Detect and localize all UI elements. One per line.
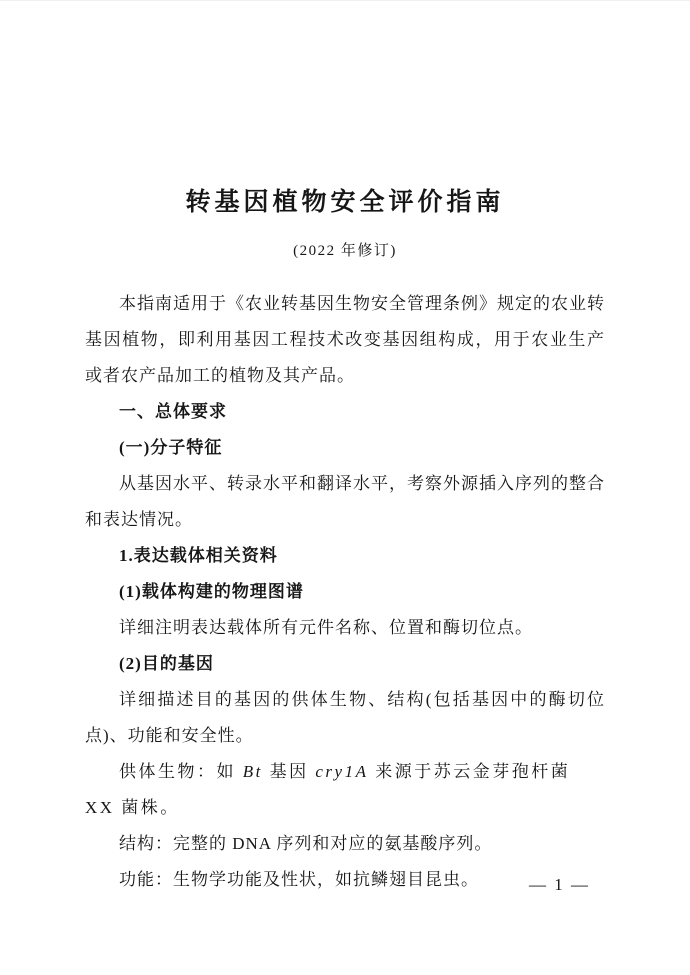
intro-paragraph: 本指南适用于《农业转基因生物安全管理条例》规定的农业转基因植物，即利用基因工程技… <box>85 286 605 394</box>
heading-expression-vector-materials: 1.表达载体相关资料 <box>85 538 605 574</box>
paragraph-donor-organism: 供体生物：如 Bt 基因 cry1A 来源于苏云金芽孢杆菌 XX 菌株。 <box>85 754 605 826</box>
paragraph-function: 功能：生物学功能及性状，如抗鳞翅目昆虫。 <box>85 862 605 898</box>
heading-target-gene: (2)目的基因 <box>85 646 605 682</box>
document-title: 转基因植物安全评价指南 <box>85 189 605 217</box>
gene-name-bt: Bt <box>243 762 263 781</box>
paragraph-structure: 结构：完整的 DNA 序列和对应的氨基酸序列。 <box>85 826 605 862</box>
subsection-heading-molecular-characteristics: (一)分子特征 <box>85 430 605 466</box>
paragraph-target-gene-description: 详细描述目的基因的供体生物、结构(包括基因中的酶切位点)、功能和安全性。 <box>85 682 605 754</box>
donor-line-prefix: 供体生物：如 <box>119 762 243 781</box>
heading-vector-physical-map: (1)载体构建的物理图谱 <box>85 574 605 610</box>
paragraph-molecular-scope: 从基因水平、转录水平和翻译水平，考察外源插入序列的整合和表达情况。 <box>85 466 605 538</box>
donor-line-middle: 基因 <box>263 762 316 781</box>
document-body: 本指南适用于《农业转基因生物安全管理条例》规定的农业转基因植物，即利用基因工程技… <box>85 286 605 898</box>
page-number: — 1 — <box>529 875 590 895</box>
paragraph-vector-elements: 详细注明表达载体所有元件名称、位置和酶切位点。 <box>85 610 605 646</box>
section-heading-overall-requirements: 一、总体要求 <box>85 394 605 430</box>
document-content: 转基因植物安全评价指南 (2022 年修订) 本指南适用于《农业转基因生物安全管… <box>85 1 605 898</box>
gene-name-cry1a: cry1A <box>315 762 368 781</box>
document-page: 转基因植物安全评价指南 (2022 年修订) 本指南适用于《农业转基因生物安全管… <box>0 0 690 975</box>
document-subtitle: (2022 年修订) <box>85 243 605 260</box>
